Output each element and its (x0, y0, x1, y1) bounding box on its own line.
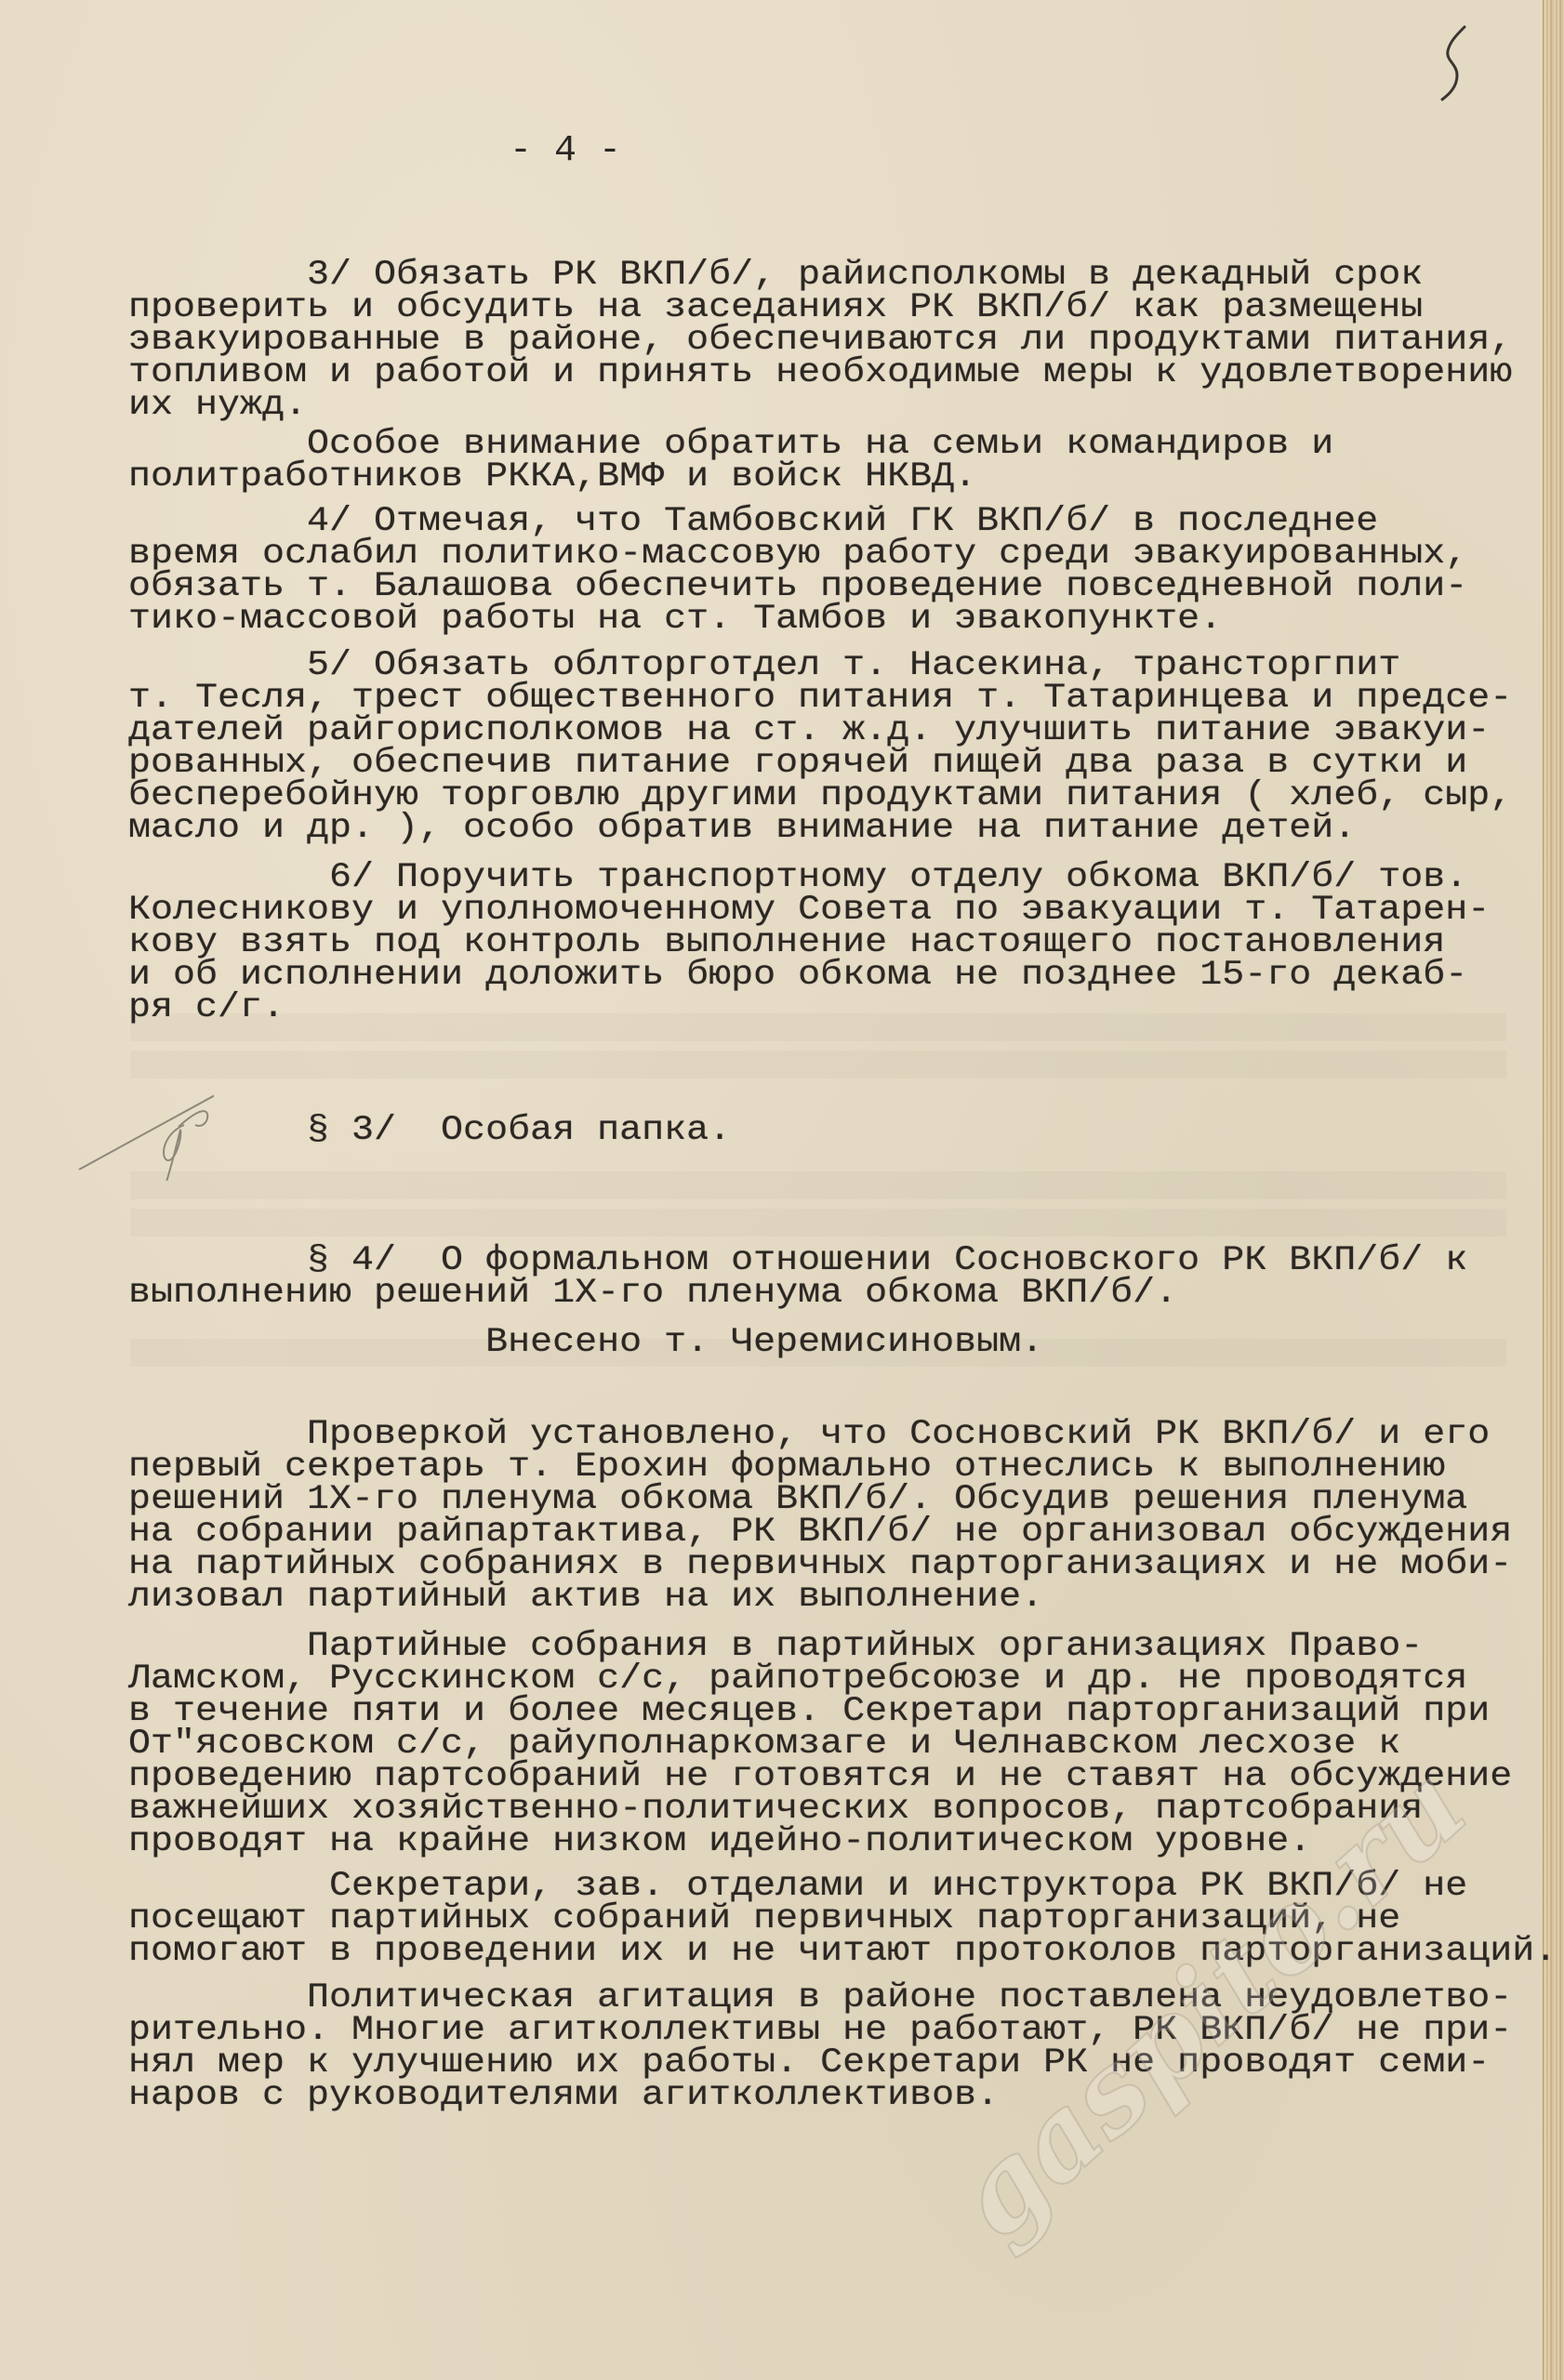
text-line: дателей райгорисполкомов на ст. ж.д. улу… (128, 716, 1490, 746)
text-line: в течение пяти и более месяцев. Секретар… (128, 1697, 1490, 1726)
show-through-text (130, 1171, 1506, 1199)
text-line: на собрании райпартактива, РК ВКП/б/ не … (128, 1517, 1512, 1547)
text-line: топливом и работой и принять необходимые… (128, 358, 1512, 388)
text-line: важнейших хозяйственно-политических вопр… (128, 1794, 1423, 1824)
handwritten-folio-number-icon (1437, 23, 1470, 102)
text-line: обязать т. Балашова обеспечить проведени… (128, 572, 1467, 602)
text-line: 3/ Обязать РК ВКП/б/, райисполкомы в дек… (128, 260, 1423, 290)
page-number: - 4 - (510, 130, 621, 172)
text-line: политработников РККА,ВМФ и войск НКВД. (128, 462, 976, 492)
section-heading: § 3/ Особая папка. (128, 1116, 731, 1145)
stacked-page-edges (1543, 0, 1564, 2380)
section-heading: выполнению решений 1Х-го пленума обкома … (128, 1278, 1177, 1308)
text-line: проведению партсобраний не готовятся и н… (128, 1762, 1512, 1792)
show-through-text (130, 1051, 1506, 1078)
text-line: масло и др. ), особо обратив внимание на… (128, 813, 1356, 843)
text-line: проводят на крайне низком идейно-политич… (128, 1827, 1311, 1857)
text-line: нял мер к улучшению их работы. Секретари… (128, 2048, 1490, 2078)
text-line: 5/ Обязать облторготдел т. Насекина, тра… (128, 651, 1400, 681)
text-line: наров с руководителями агитколлективов. (128, 2081, 999, 2110)
show-through-text (130, 1013, 1506, 1041)
text-line: 6/ Поручить транспортному отделу обкома … (128, 863, 1467, 892)
text-line: на партийных собраниях в первичных парто… (128, 1550, 1512, 1580)
text-line: и об исполнении доложить бюро обкома не … (128, 960, 1467, 990)
text-line: 4/ Отмечая, что Тамбовский ГК ВКП/б/ в п… (128, 507, 1378, 536)
submitted-by: Внесено т. Черемисиновым. (128, 1328, 1043, 1357)
show-through-text (130, 1209, 1506, 1236)
text-line: ря с/г. (128, 993, 285, 1023)
text-line: Ламском, Русскинском с/с, райпотребсоюзе… (128, 1664, 1467, 1694)
text-line: лизовал партийный актив на их выполнение… (128, 1582, 1043, 1612)
text-line: время ослабил политико-массовую работу с… (128, 539, 1467, 569)
text-line: рованных, обеспечив питание горячей пище… (128, 748, 1467, 778)
text-line: Особое внимание обратить на семьи команд… (128, 430, 1333, 459)
text-line: решений 1Х-го пленума обкома ВКП/б/. Обс… (128, 1485, 1467, 1514)
text-line: Проверкой установлено, что Сосновский РК… (128, 1420, 1490, 1449)
text-line: первый секретарь т. Ерохин формально отн… (128, 1452, 1445, 1482)
text-line: рительно. Многие агитколлективы не работ… (128, 2016, 1512, 2045)
text-line: их нужд. (128, 390, 307, 420)
text-line: т. Тесля, трест общественного питания т.… (128, 683, 1512, 713)
text-line: проверить и обсудить на заседаниях РК ВК… (128, 293, 1423, 323)
text-line: Партийные собрания в партийных организац… (128, 1632, 1423, 1661)
text-line: бесперебойную торговлю другими продуктам… (128, 781, 1512, 811)
text-line: эвакуированные в районе, обеспечиваются … (128, 325, 1512, 355)
text-line: Колесникову и уполномоченному Совета по … (128, 895, 1490, 925)
text-line: От"ясовском с/с, райуполнаркомзаге и Чел… (128, 1729, 1400, 1759)
text-line: тико-массовой работы на ст. Тамбов и эва… (128, 604, 1222, 634)
text-line: кову взять под контроль выполнение насто… (128, 928, 1445, 958)
section-heading: § 4/ О формальном отношении Сосновского … (128, 1246, 1467, 1276)
